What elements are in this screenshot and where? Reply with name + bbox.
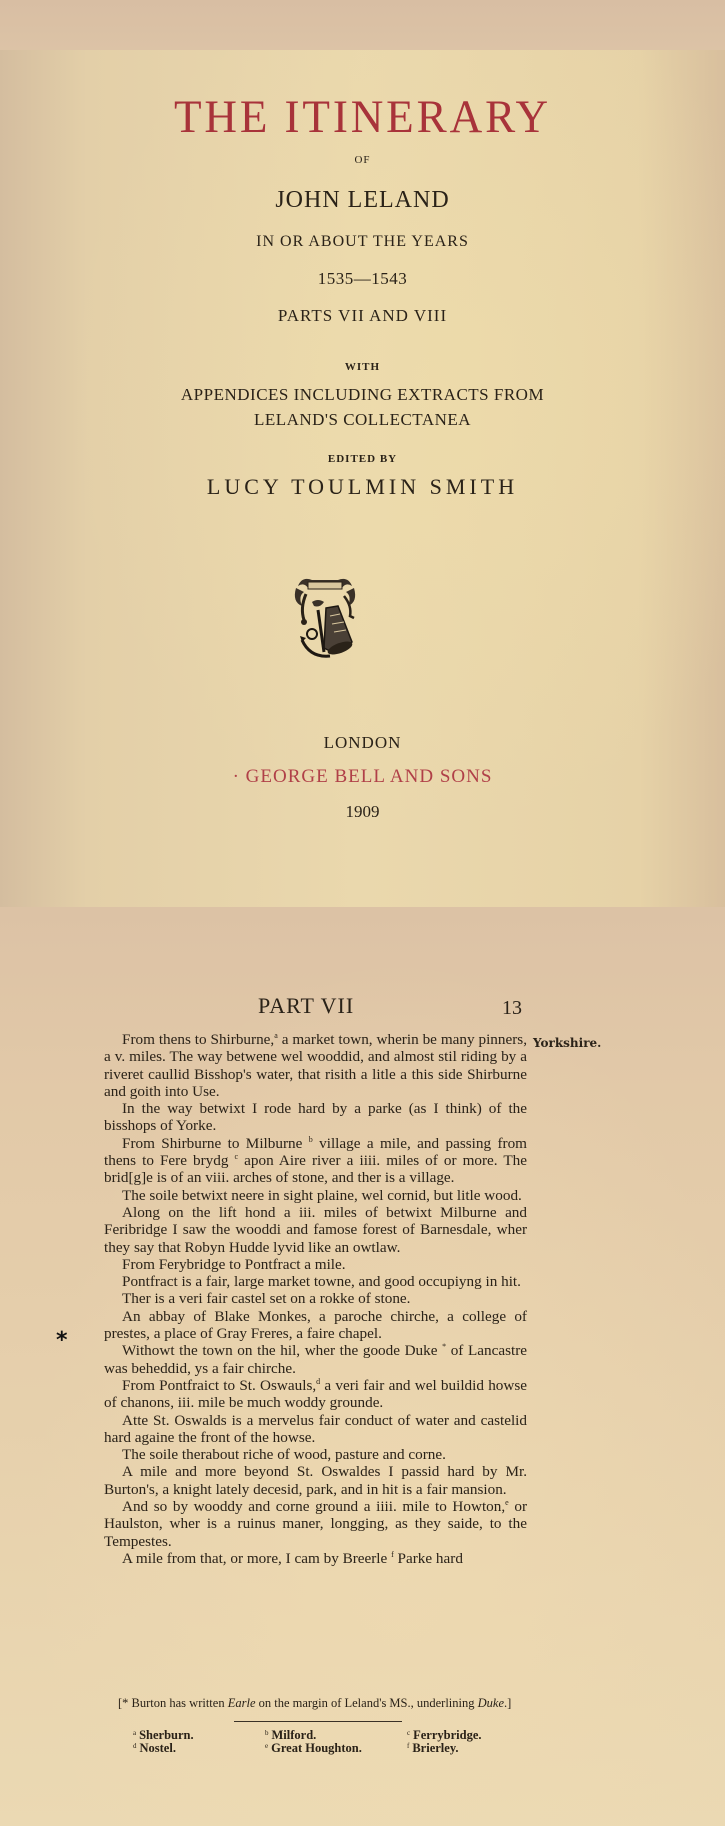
text-page: PART VII 13 Yorkshire. From thens to Shi… (0, 907, 725, 1826)
body-paragraph: Ther is a veri fair castel set on a rokk… (104, 1290, 527, 1307)
body-text: From thens to Shirburne,a a market town,… (104, 1031, 527, 1567)
footnote-mark: e (265, 1742, 268, 1750)
footnote-text: on the margin of Leland's MS., underlini… (256, 1696, 478, 1710)
body-paragraph: A mile from that, or more, I cam by Bree… (104, 1550, 527, 1567)
footnote-place-name: Brierley. (412, 1741, 458, 1755)
author-name: JOHN LELAND (0, 187, 725, 214)
footnote-mark: d (133, 1742, 137, 1750)
appendices-line-1: APPENDICES INCLUDING EXTRACTS FROM (0, 385, 725, 405)
title-of: OF (0, 154, 725, 166)
scan-top-margin (0, 0, 725, 50)
body-paragraph: An abbay of Blake Monkes, a paroche chir… (104, 1308, 527, 1343)
footnote-reference-mark: * (442, 1342, 446, 1351)
place-name-footnotes: aSherburn.bMilford.cFerrybridge.dNostel.… (133, 1729, 513, 1755)
footnote-reference-mark: e (505, 1498, 509, 1507)
body-paragraph: In the way betwixt I rode hard by a park… (104, 1100, 527, 1135)
body-paragraph: The soile betwixt neere in sight plaine,… (104, 1187, 527, 1204)
body-paragraph: Along on the lift hond a iii. miles of b… (104, 1204, 527, 1256)
editor-name: LUCY TOULMIN SMITH (0, 474, 725, 500)
place-footnote: dNostel. (133, 1742, 265, 1755)
asterisk-margin-mark-icon: * (56, 1330, 68, 1352)
body-paragraph: From Ferybridge to Pontfract a mile. (104, 1256, 527, 1273)
editor-footnote: [* Burton has written Earle on the margi… (106, 1696, 527, 1710)
footnote-reference-mark: b (309, 1135, 313, 1144)
footnote-place-name: Nostel. (140, 1741, 176, 1755)
running-head: PART VII (258, 993, 354, 1019)
edited-by-label: EDITED BY (0, 453, 725, 465)
footnote-italic-duke: Duke (478, 1696, 504, 1710)
place-footnote: eGreat Houghton. (265, 1742, 407, 1755)
body-paragraph: Atte St. Oswalds is a mervelus fair cond… (104, 1412, 527, 1447)
place-footnote: fBrierley. (407, 1742, 517, 1755)
footnote-text: .] (504, 1696, 511, 1710)
years-label: IN OR ABOUT THE YEARS (0, 233, 725, 251)
footnote-reference-mark: f (391, 1550, 394, 1559)
body-paragraph: A mile and more beyond St. Oswaldes I pa… (104, 1463, 527, 1498)
body-paragraph: Pontfract is a fair, large market towne,… (104, 1273, 527, 1290)
years-range: 1535—1543 (0, 269, 725, 289)
footnote-mark: b (265, 1729, 269, 1737)
footnote-place-name: Sherburn. (139, 1728, 194, 1742)
footnote-divider (234, 1721, 402, 1722)
footnote-reference-mark: d (316, 1377, 320, 1386)
margin-side-note: Yorkshire. (533, 1036, 601, 1050)
with-label: WITH (0, 361, 725, 373)
footnote-place-name: Ferrybridge. (413, 1728, 481, 1742)
body-paragraph: From Shirburne to Milburne b village a m… (104, 1135, 527, 1187)
publication-place: LONDON (0, 733, 725, 753)
page-number: 13 (502, 997, 522, 1020)
footnote-reference-mark: a (274, 1031, 278, 1040)
parts-label: PARTS VII AND VIII (0, 306, 725, 326)
footnote-text: [* Burton has written (118, 1696, 228, 1710)
title-page: THE ITINERARY OF JOHN LELAND IN OR ABOUT… (0, 50, 725, 907)
footnote-place-name: Milford. (272, 1728, 317, 1742)
footnote-reference-mark: c (235, 1152, 239, 1161)
body-paragraph: And so by wooddy and corne ground a iiii… (104, 1498, 527, 1550)
footnote-mark: f (407, 1742, 409, 1750)
bell-and-anchor-device-icon (288, 572, 362, 662)
body-paragraph: From Pontfraict to St. Oswauls,d a veri … (104, 1377, 527, 1412)
appendices-line-2: LELAND'S COLLECTANEA (0, 410, 725, 430)
book-title: THE ITINERARY (15, 90, 711, 144)
footnote-italic-earle: Earle (228, 1696, 256, 1710)
publication-year: 1909 (0, 802, 725, 822)
publisher-name: · GEORGE BELL AND SONS (0, 766, 725, 788)
footnote-mark: a (133, 1729, 136, 1737)
body-paragraph: From thens to Shirburne,a a market town,… (104, 1031, 527, 1100)
footnote-mark: c (407, 1729, 410, 1737)
body-paragraph: Withowt the town on the hil, wher the go… (104, 1342, 527, 1377)
footnote-place-name: Great Houghton. (271, 1741, 362, 1755)
body-paragraph: The soile therabout riche of wood, pastu… (104, 1446, 527, 1463)
